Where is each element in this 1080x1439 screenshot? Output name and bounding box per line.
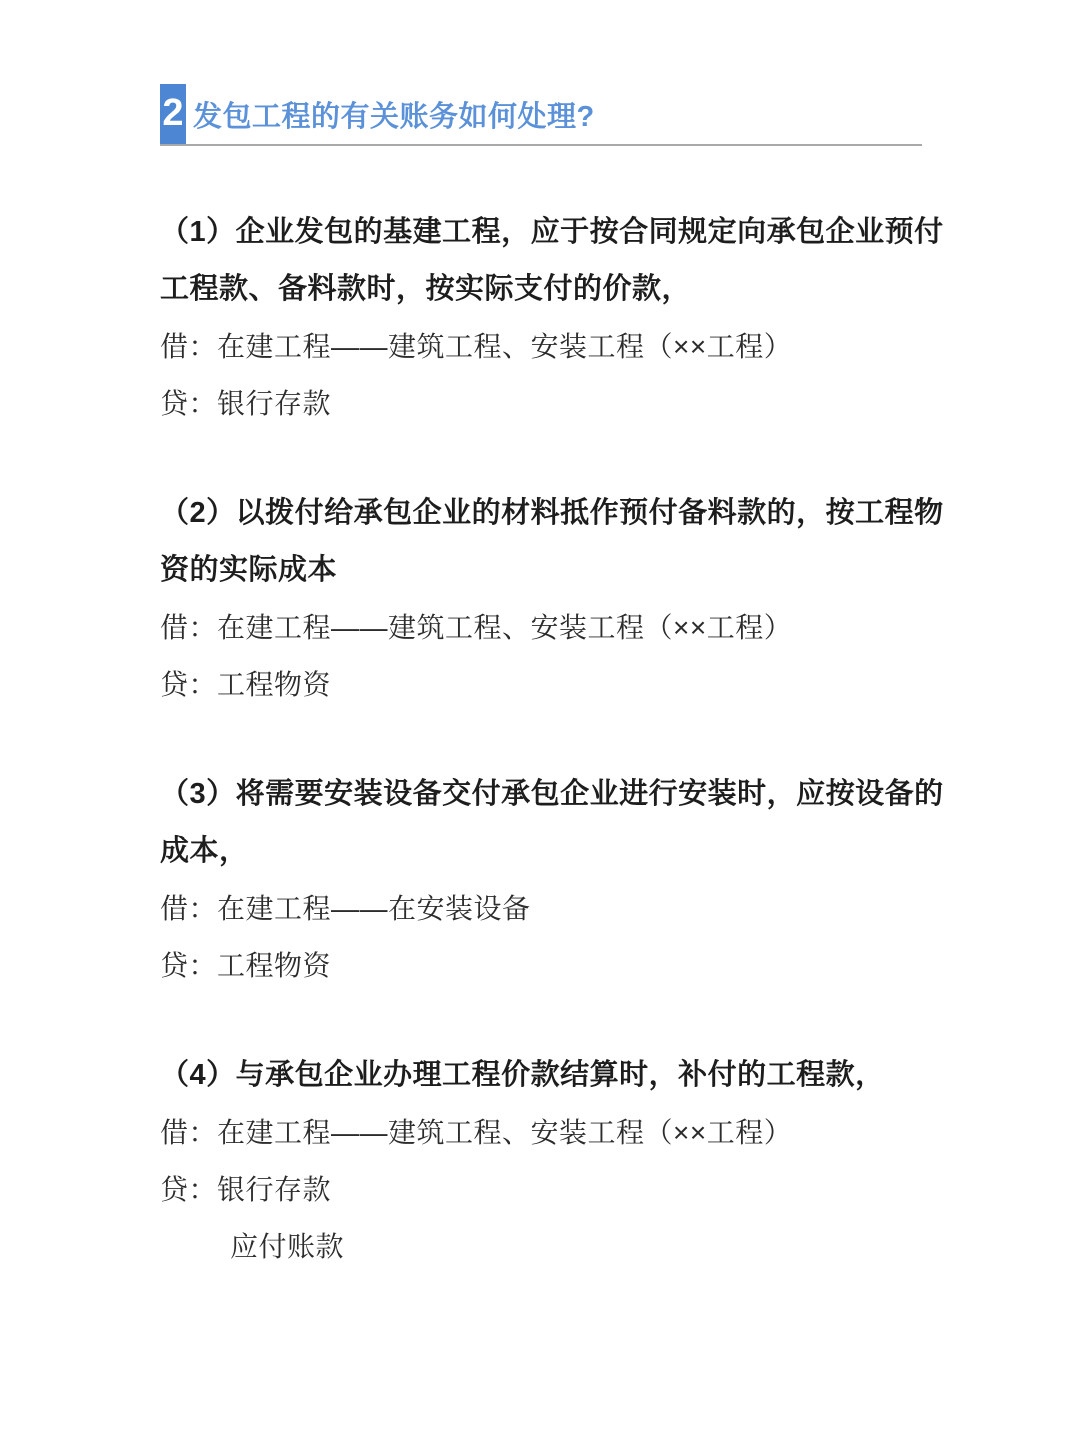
- section-number-badge: 2: [160, 84, 186, 144]
- section-2-heading-line-1: （2）以拨付给承包企业的材料抵作预付备料款的，按工程物: [160, 485, 950, 542]
- header-row: 2 发包工程的有关账务如何处理?: [160, 84, 922, 144]
- section-3-heading-line-2: 成本，: [160, 823, 950, 880]
- section-2-heading-line-2: 资的实际成本: [160, 542, 950, 599]
- document-page: 2 发包工程的有关账务如何处理? （1）企业发包的基建工程，应于按合同规定向承包…: [0, 0, 1080, 1439]
- section-3-credit-entry: 贷：工程物资: [160, 937, 950, 994]
- section-4-credit-entry-continuation: 应付账款: [160, 1218, 950, 1275]
- section-2-debit-entry: 借：在建工程——建筑工程、安装工程（××工程）: [160, 599, 950, 656]
- page-title: 发包工程的有关账务如何处理?: [193, 94, 595, 135]
- section-4-debit-entry: 借：在建工程——建筑工程、安装工程（××工程）: [160, 1104, 950, 1161]
- accounting-section-2: （2）以拨付给承包企业的材料抵作预付备料款的，按工程物 资的实际成本 借：在建工…: [160, 485, 950, 713]
- section-1-credit-entry: 贷：银行存款: [160, 375, 950, 432]
- section-4-credit-entry: 贷：银行存款: [160, 1161, 950, 1218]
- header-divider: [160, 144, 922, 146]
- section-2-credit-entry: 贷：工程物资: [160, 656, 950, 713]
- document-content: （1）企业发包的基建工程，应于按合同规定向承包企业预付 工程款、备料款时，按实际…: [160, 204, 950, 1328]
- section-1-debit-entry: 借：在建工程——建筑工程、安装工程（××工程）: [160, 318, 950, 375]
- section-1-heading-line-1: （1）企业发包的基建工程，应于按合同规定向承包企业预付: [160, 204, 950, 261]
- section-4-heading-line-1: （4）与承包企业办理工程价款结算时，补付的工程款，: [160, 1047, 950, 1104]
- section-3-heading-line-1: （3）将需要安装设备交付承包企业进行安装时，应按设备的: [160, 766, 950, 823]
- accounting-section-1: （1）企业发包的基建工程，应于按合同规定向承包企业预付 工程款、备料款时，按实际…: [160, 204, 950, 432]
- document-header: 2 发包工程的有关账务如何处理?: [160, 84, 922, 146]
- accounting-section-4: （4）与承包企业办理工程价款结算时，补付的工程款， 借：在建工程——建筑工程、安…: [160, 1047, 950, 1275]
- accounting-section-3: （3）将需要安装设备交付承包企业进行安装时，应按设备的 成本， 借：在建工程——…: [160, 766, 950, 994]
- section-3-debit-entry: 借：在建工程——在安装设备: [160, 880, 950, 937]
- section-1-heading-line-2: 工程款、备料款时，按实际支付的价款，: [160, 261, 950, 318]
